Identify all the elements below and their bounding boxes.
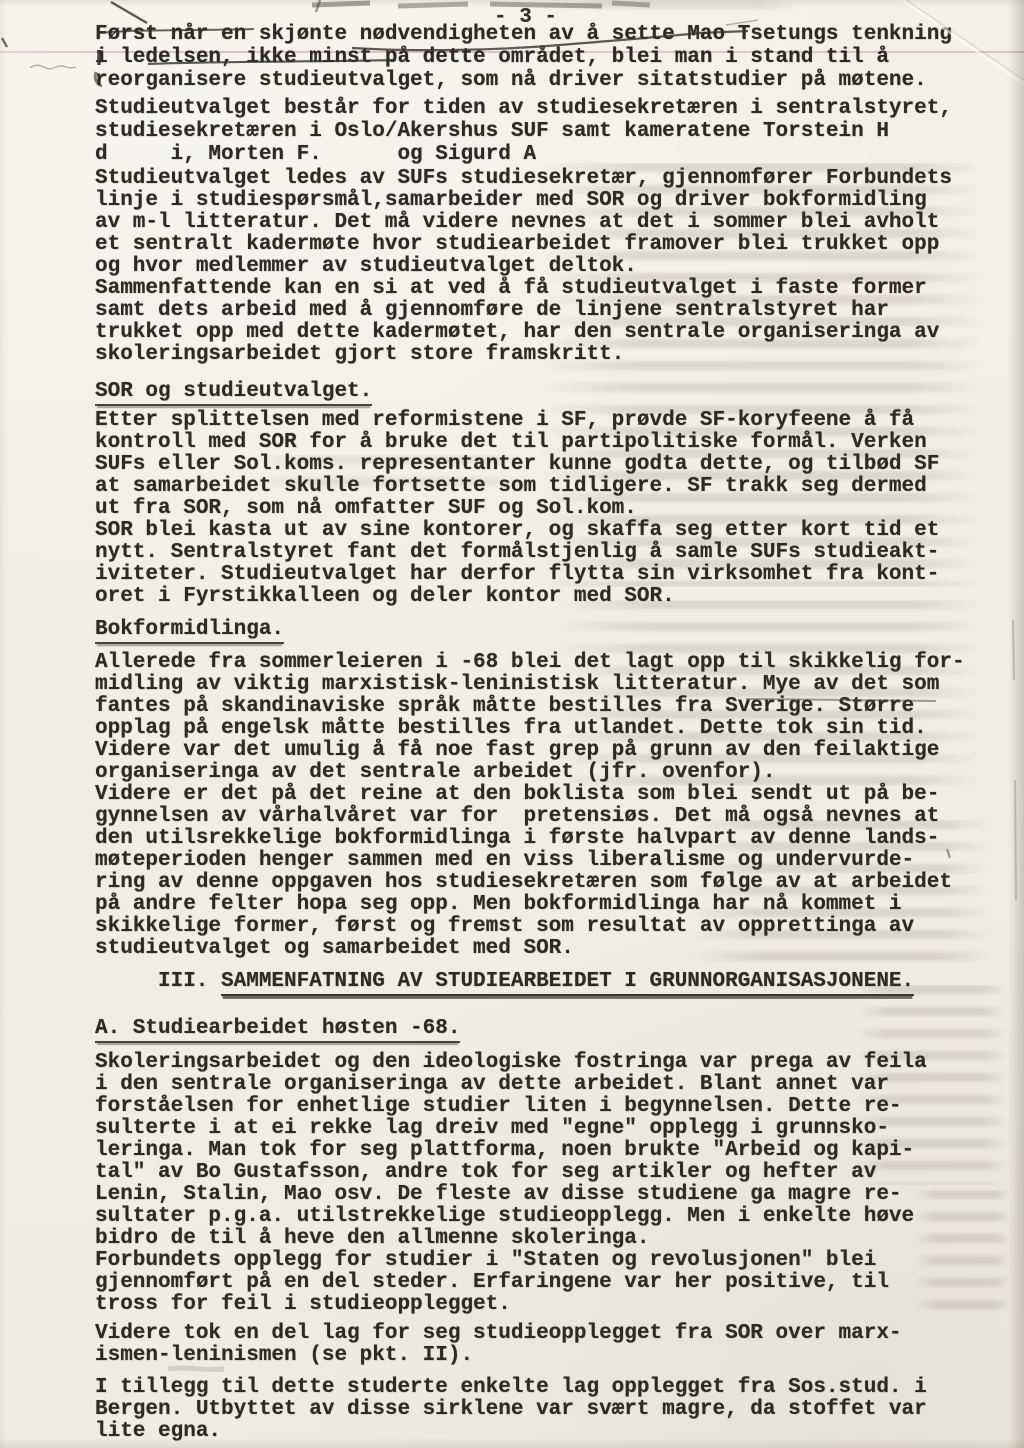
scan-edge-shadow-left <box>0 0 6 1448</box>
margin-scribble <box>30 65 76 69</box>
committee-members-paragraph: Studieutvalget består for tiden av studi… <box>95 97 952 166</box>
sos-stud-paragraph: I tillegg til dette studerte enkelte lag… <box>95 1377 927 1443</box>
committee-work-paragraph: Studieutvalget ledes av SUFs studiesekre… <box>95 168 952 366</box>
scanned-document-page: - 3 - Først når en skjønte nødvendighete… <box>0 0 1024 1448</box>
scan-edge-shadow-right <box>1008 0 1024 1448</box>
heading-section-a: A. Studiearbeidet høsten -68. <box>95 1018 460 1040</box>
heading-sor-label: SOR og studieutvalget. <box>95 380 372 406</box>
bottom-smudge <box>168 1368 224 1369</box>
ink-bleedthrough <box>915 1190 1010 1322</box>
heading-bokformidlinga: Bokformidlinga. <box>95 619 284 641</box>
heading-bok-label: Bokformidlinga. <box>95 618 284 644</box>
bokformidling-paragraph: Allerede fra sommerleieren i -68 blei de… <box>95 652 965 960</box>
staten-og-revolusjonen-paragraph: Forbundets opplegg for studier i "Staten… <box>95 1250 889 1316</box>
heading-sor-og-studieutvalget: SOR og studieutvalget. <box>95 381 372 403</box>
sor-opplegg-paragraph: Videre tok en del lag for seg studieoppl… <box>95 1323 902 1367</box>
scan-edge-shadow-bottom <box>0 1438 1024 1448</box>
part-title: SAMMENFATNING AV STUDIEARBEIDET I GRUNNO… <box>221 970 914 996</box>
heading-part-iii: III. SAMMENFATNING AV STUDIEARBEIDET I G… <box>158 971 914 993</box>
part-number: III. <box>158 970 221 993</box>
section-a-label: A. Studiearbeidet høsten -68. <box>95 1017 460 1043</box>
sor-paragraph: Etter splittelsen med reformistene i SF,… <box>95 410 939 608</box>
scan-edge-shadow-top <box>0 0 1024 6</box>
intro-paragraph: Først når en skjønte nødvendigheten av å… <box>95 23 952 92</box>
skoleringsarbeid-paragraph: Skoleringsarbeidet og den ideologiske fo… <box>95 1052 927 1250</box>
